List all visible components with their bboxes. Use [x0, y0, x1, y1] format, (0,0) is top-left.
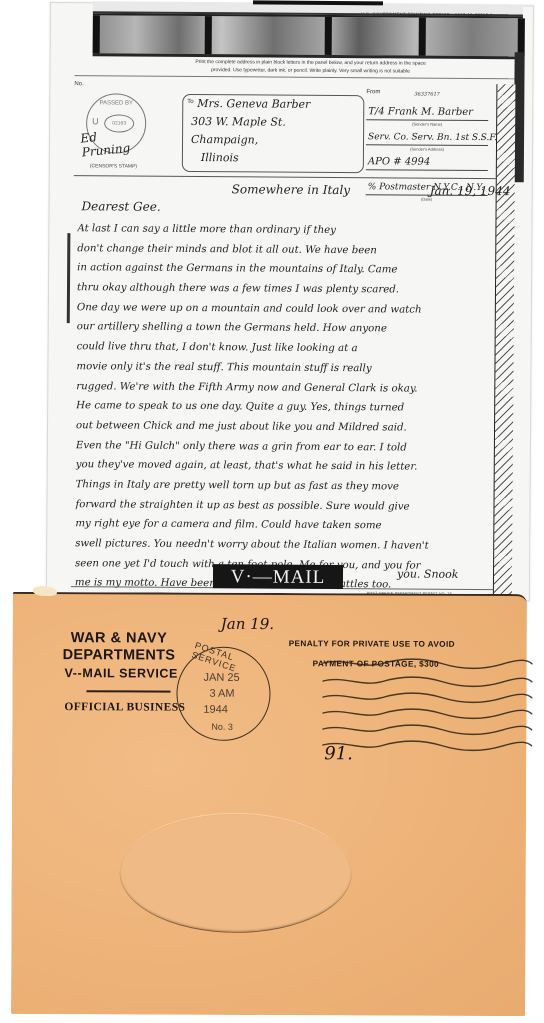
letter-body-line: movie only it's the real stuff. This mou…: [76, 357, 494, 380]
censor-stamp-label: (CENSOR'S STAMP): [90, 163, 137, 169]
handwritten-number: 91.: [324, 743, 353, 764]
official-business: OFFICIAL BUSINESS: [64, 701, 185, 714]
recipient-city: Champaign,: [191, 133, 258, 146]
letter-body-line: At last I can say a little more than ord…: [77, 219, 495, 242]
letter-date: Jan. 19, 1944: [430, 184, 511, 199]
letter-body-line: Things in Italy are pretty well torn up …: [76, 475, 494, 498]
censor-signature: Ed Pruning: [80, 125, 146, 159]
letter-salutation: Dearest Gee.: [82, 199, 161, 214]
sender-apo: APO # 4994: [368, 156, 430, 167]
letter-body-line: out between Chick and me just about like…: [76, 416, 494, 439]
to-label: To: [187, 99, 193, 105]
recipient-name: Mrs. Geneva Barber: [197, 97, 310, 111]
address-instructions: Print the complete address in plain bloc…: [131, 58, 491, 77]
letter-body-line: could live thru that, I don't know. Just…: [77, 337, 495, 360]
handwritten-date: Jan 19.: [221, 615, 274, 633]
postmark: POSTAL SERVICE JAN 25 3 AM 1944 No. 3: [176, 647, 270, 741]
hatched-margin: [493, 84, 516, 596]
penalty-notice: PENALTY FOR PRIVATE USE TO AVOID: [289, 639, 455, 649]
vmail-envelope: Jan 19. WAR & NAVY DEPARTMENTS V--MAIL S…: [11, 592, 527, 1016]
vmail-letter-sheet: U.S. GOVERNMENT PRINTING OFFICE : 1943 1…: [46, 2, 534, 601]
recipient-street: 303 W. Maple St.: [191, 115, 286, 129]
letter-body-line: swell pictures. You needn't worry about …: [75, 534, 493, 557]
letter-place: Somewhere in Italy: [232, 182, 351, 197]
number-label: No.: [74, 81, 83, 87]
sender-unit: Serv. Co. Serv. Bn. 1st S.S.F.: [368, 132, 497, 143]
cancellation-lines: [322, 653, 532, 754]
form-code: U.S. GOVERNMENT PRINTING OFFICE : 1943 1…: [361, 11, 493, 17]
address-window: [119, 812, 352, 933]
letter-closing: you. Snook: [397, 567, 459, 580]
letter-body: At last I can say a little more than ord…: [75, 219, 496, 616]
vmail-logo: V·—MAIL: [213, 564, 343, 589]
envelope-heading: WAR & NAVY DEPARTMENTS V--MAIL SERVICE O…: [70, 630, 185, 714]
letter-body-line: He came to speak to us one day. Quite a …: [76, 396, 494, 419]
letter-body-line: thru okay although there was a few times…: [77, 278, 495, 301]
sender-address-block: From 36337617 T/4 Frank M. Barber (Sende…: [366, 89, 489, 196]
recipient-state: Illinois: [201, 151, 239, 164]
microfilm-strip: U.S. GOVERNMENT PRINTING OFFICE : 1943 1…: [93, 11, 523, 59]
censor-stamp: PASSED BY U 02163 Ed Pruning: [86, 93, 146, 153]
sender-name: T/4 Frank M. Barber: [368, 106, 473, 118]
recipient-address-panel: To Mrs. Geneva Barber 303 W. Maple St. C…: [182, 94, 365, 173]
